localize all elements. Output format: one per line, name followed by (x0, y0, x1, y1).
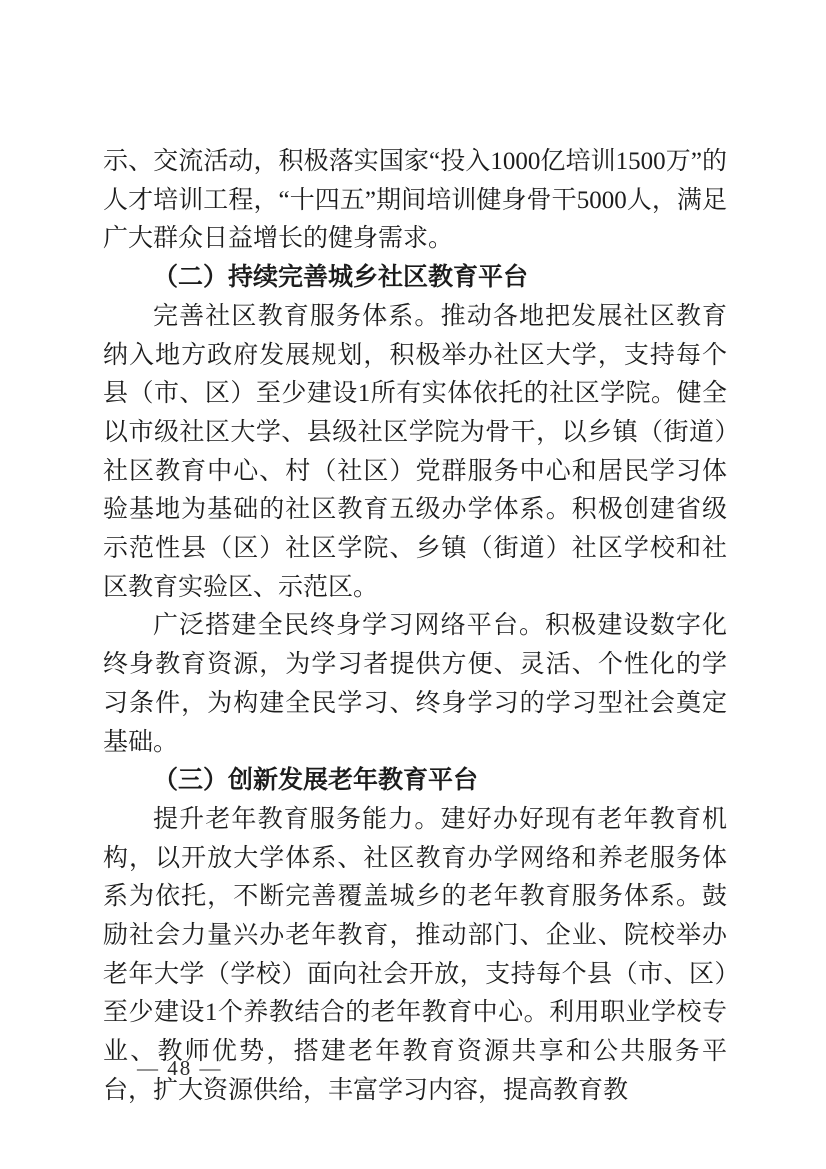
section-heading-2: （二）持续完善城乡社区教育平台 (103, 259, 727, 298)
page-number: — 48 — (137, 1056, 223, 1081)
paragraph: 完善社区教育服务体系。推动各地把发展社区教育纳入地方政府发展规划，积极举办社区大… (103, 298, 727, 608)
page-body-text: 示、交流活动，积极落实国家“投入1000亿培训1500万”的人才培训工程，“十四… (103, 143, 727, 1111)
section-heading-3: （三）创新发展老年教育平台 (103, 762, 727, 801)
paragraph: 广泛搭建全民终身学习网络平台。积极建设数字化终身教育资源，为学习者提供方便、灵活… (103, 607, 727, 762)
paragraph-continued: 示、交流活动，积极落实国家“投入1000亿培训1500万”的人才培训工程，“十四… (103, 143, 727, 259)
document-page: 示、交流活动，积极落实国家“投入1000亿培训1500万”的人才培训工程，“十四… (0, 0, 826, 1169)
